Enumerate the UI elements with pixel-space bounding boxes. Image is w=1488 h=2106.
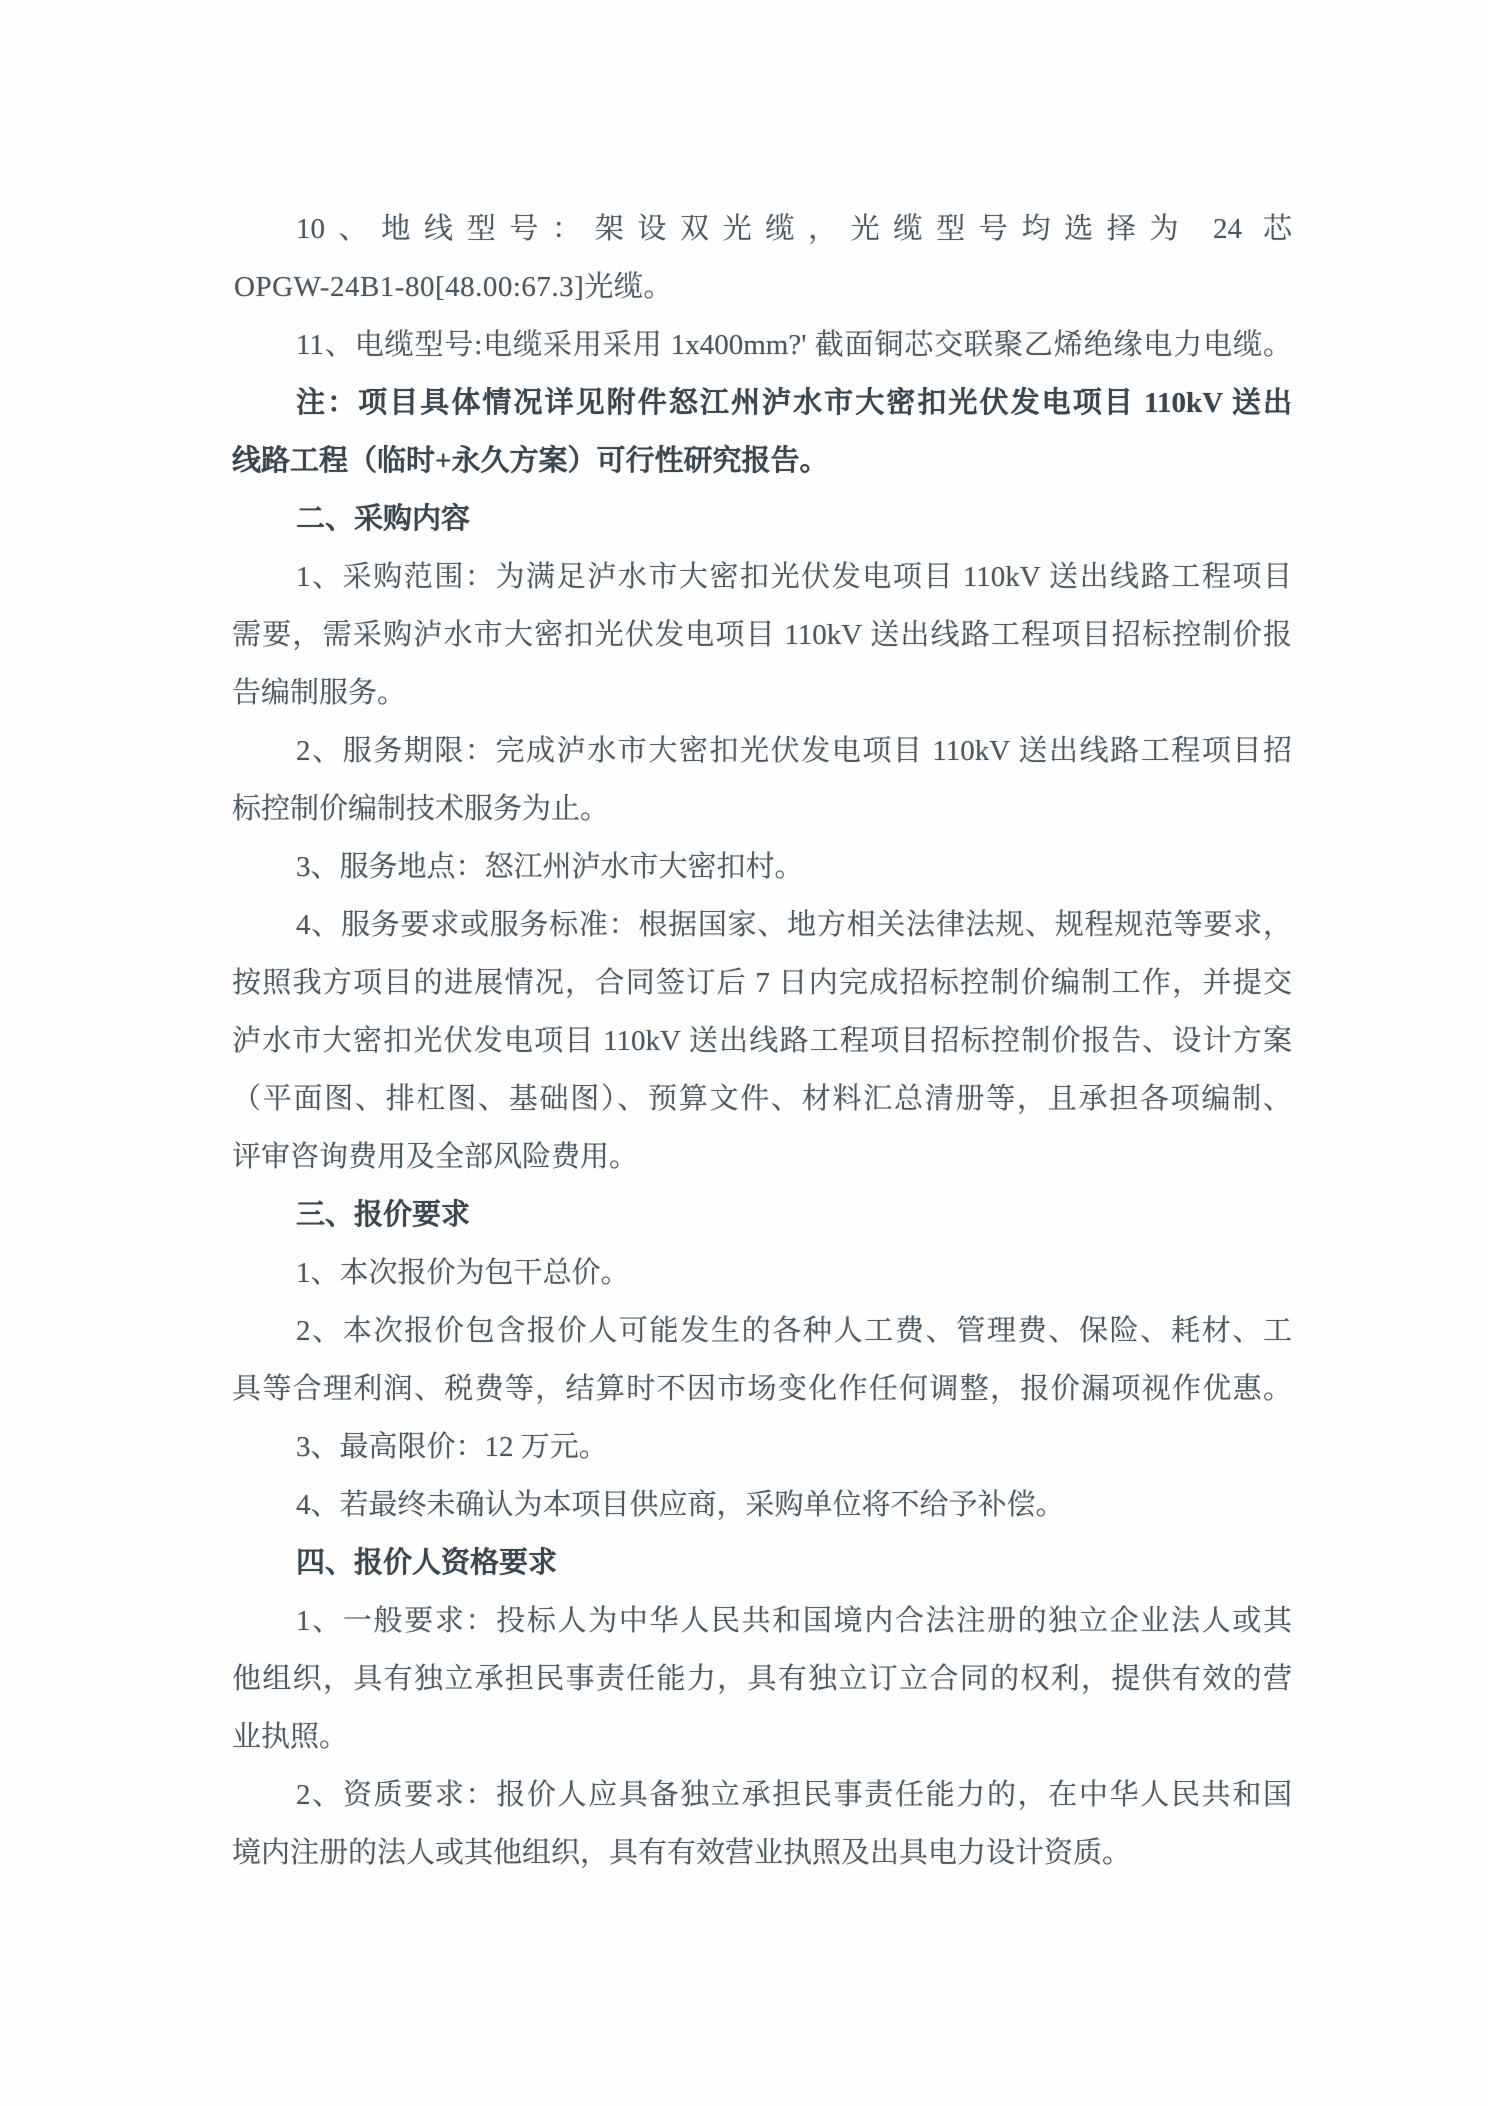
section-heading-bidder-qualifications: 四、报价人资格要求 — [232, 1534, 1292, 1592]
text-line-lump-sum: 1、本次报价为包干总价。 — [232, 1244, 1292, 1302]
text-line-note: 注：项目具体情况详见附件怒江州泸水市大密扣光伏发电项目 110kV 送出 — [232, 374, 1292, 432]
text-line-service-requirements-cont-1: 按照我方项目的进展情况，合同签订后 7 日内完成招标控制价编制工作，并提交 — [232, 954, 1292, 1012]
text-line-general-requirements: 1、一般要求：投标人为中华人民共和国境内合法注册的独立企业法人或其 — [232, 1592, 1292, 1650]
text-line-ground-wire-model: 10、地线型号：架设双光缆，光缆型号均选择为 24 芯 — [232, 200, 1292, 258]
text-line-general-requirements-cont-2: 业执照。 — [232, 1708, 1292, 1766]
text-line-quote-includes-cont: 具等合理利润、税费等，结算时不因市场变化作任何调整，报价漏项视作优惠。 — [232, 1360, 1292, 1418]
text-line-service-requirements-cont-4: 评审咨询费用及全部风险费用。 — [232, 1128, 1292, 1186]
document-page: 10、地线型号：架设双光缆，光缆型号均选择为 24 芯 OPGW-24B1-80… — [0, 0, 1488, 2106]
text-line-qualification-requirements-cont: 境内注册的法人或其他组织，具有有效营业执照及出具电力设计资质。 — [232, 1824, 1292, 1882]
text-line-service-requirements-cont-3: （平面图、排杠图、基础图）、预算文件、材料汇总清册等，且承担各项编制、 — [232, 1070, 1292, 1128]
text-line-service-period-cont: 标控制价编制技术服务为止。 — [232, 780, 1292, 838]
text-line-general-requirements-cont-1: 他组织，具有独立承担民事责任能力，具有独立订立合同的权利，提供有效的营 — [232, 1650, 1292, 1708]
text-line-quote-includes: 2、本次报价包含报价人可能发生的各种人工费、管理费、保险、耗材、工 — [232, 1302, 1292, 1360]
text-line-cable-model: 11、电缆型号:电缆采用采用 1x400mm?' 截面铜芯交联聚乙烯绝缘电力电缆… — [232, 316, 1292, 374]
text-line-scope: 1、采购范围：为满足泸水市大密扣光伏发电项目 110kV 送出线路工程项目 — [232, 548, 1292, 606]
document-body: 10、地线型号：架设双光缆，光缆型号均选择为 24 芯 OPGW-24B1-80… — [232, 200, 1292, 1882]
text-line-qualification-requirements: 2、资质要求：报价人应具备独立承担民事责任能力的，在中华人民共和国 — [232, 1766, 1292, 1824]
text-line-service-requirements: 4、服务要求或服务标准：根据国家、地方相关法律法规、规程规范等要求， — [232, 896, 1292, 954]
section-heading-quotation-requirements: 三、报价要求 — [232, 1186, 1292, 1244]
text-line-service-requirements-cont-2: 泸水市大密扣光伏发电项目 110kV 送出线路工程项目招标控制价报告、设计方案 — [232, 1012, 1292, 1070]
text-line-service-period: 2、服务期限：完成泸水市大密扣光伏发电项目 110kV 送出线路工程项目招 — [232, 722, 1292, 780]
text-line-note-cont: 线路工程（临时+永久方案）可行性研究报告。 — [232, 432, 1292, 490]
text-line-no-compensation: 4、若最终未确认为本项目供应商，采购单位将不给予补偿。 — [232, 1476, 1292, 1534]
text-line-scope-cont-2: 告编制服务。 — [232, 664, 1292, 722]
text-line-service-location: 3、服务地点：怒江州泸水市大密扣村。 — [232, 838, 1292, 896]
section-heading-procurement-content: 二、采购内容 — [232, 490, 1292, 548]
text-line-ground-wire-model-cont: OPGW-24B1-80[48.00:67.3]光缆。 — [232, 258, 1292, 316]
text-line-max-price: 3、最高限价：12 万元。 — [232, 1418, 1292, 1476]
text-line-scope-cont-1: 需要，需采购泸水市大密扣光伏发电项目 110kV 送出线路工程项目招标控制价报 — [232, 606, 1292, 664]
